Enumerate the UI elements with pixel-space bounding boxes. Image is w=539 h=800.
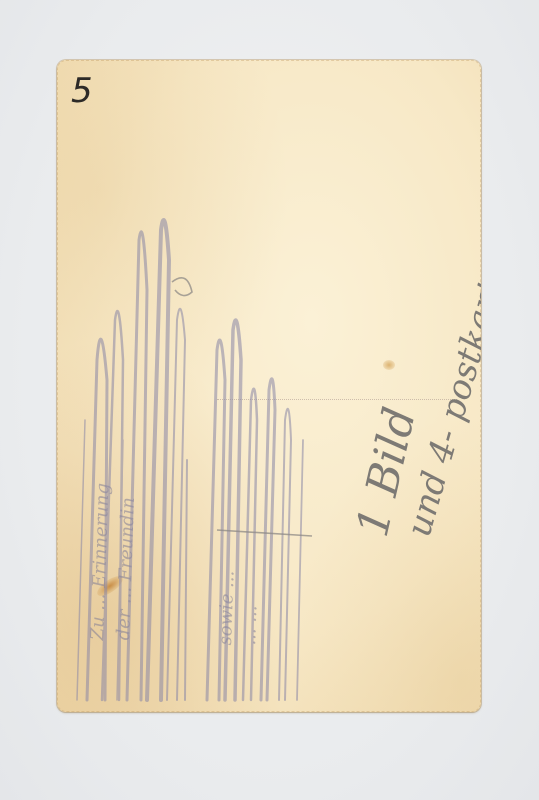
pencil-scribbles (57, 60, 481, 712)
postcard-back: 5 Zu ... Erinnerung der ... Freundin sow… (57, 60, 481, 712)
